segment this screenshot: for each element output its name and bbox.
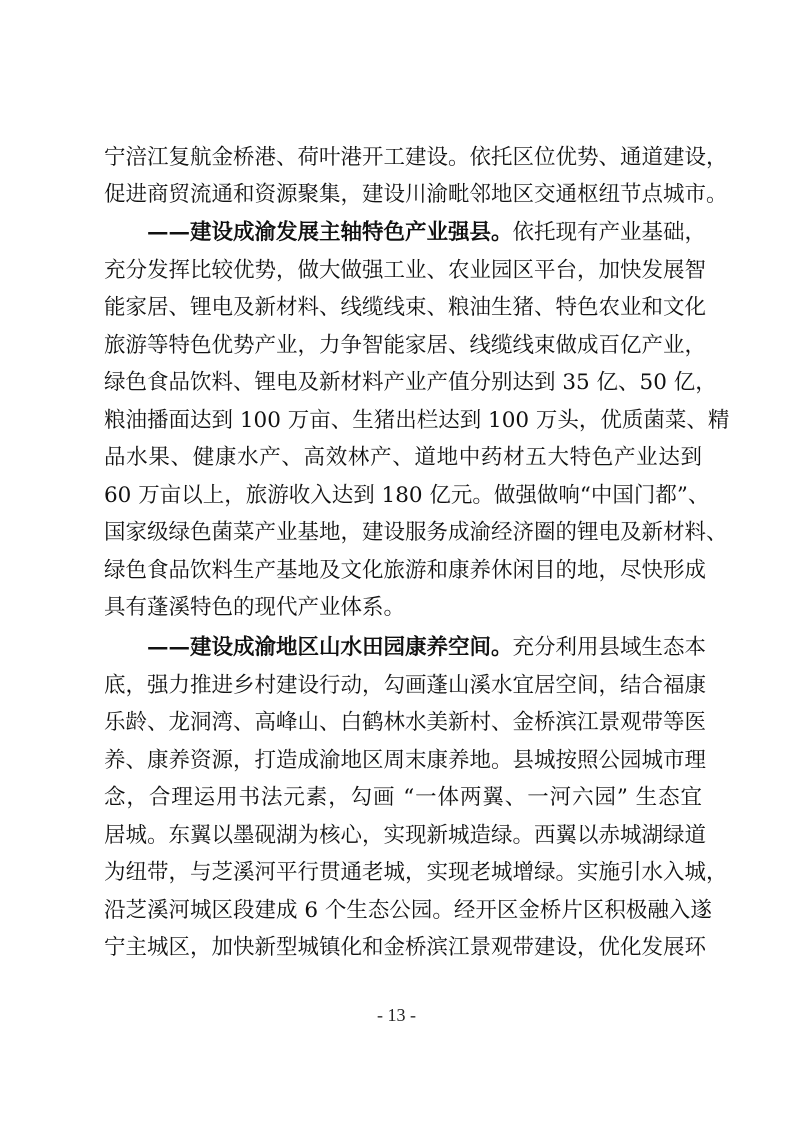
- section-heading-line: ——建设成渝发展主轴特色产业强县。依托现有产业基础，: [147, 218, 702, 248]
- line-text: 宁涪江复航金桥港、荷叶港开工建设。依托区位优势、通道建设，: [104, 145, 728, 170]
- line-text: 依托现有产业基础，: [513, 220, 707, 245]
- line-text: 绿色食品饮料、锂电及新材料产业产值分别达到 35 亿、50 亿，: [104, 370, 717, 395]
- line-text: 充分利用县域生态本: [513, 635, 707, 660]
- text-line: 为纽带，与芝溪河平行贯通老城，实现老城增绿。实施引水入城，: [104, 858, 702, 888]
- line-text: 养、康养资源，打造成渝地区周末康养地。县城按照公园城市理: [104, 748, 706, 773]
- text-line: 乐龄、龙洞湾、高峰山、白鹤林水美新村、金桥滨江景观带等医: [104, 708, 702, 738]
- text-line: 国家级绿色菌菜产业基地，建设服务成渝经济圈的锂电及新材料、: [104, 518, 702, 548]
- text-line: 能家居、锂电及新材料、线缆线束、粮油生猪、特色农业和文化: [104, 293, 702, 323]
- section-heading-line: ——建设成渝地区山水田园康养空间。充分利用县域生态本: [147, 633, 702, 663]
- text-line: 宁主城区，加快新型城镇化和金桥滨江景观带建设，优化发展环: [104, 933, 702, 963]
- line-text: 60 万亩以上，旅游收入达到 180 亿元。做强做响“中国门都”、: [104, 483, 709, 508]
- line-text: 国家级绿色菌菜产业基地，建设服务成渝经济圈的锂电及新材料、: [104, 520, 728, 545]
- line-text: 沿芝溪河城区段建成 6 个生态公园。经开区金桥片区积极融入遂: [104, 898, 712, 923]
- text-line: 养、康养资源，打造成渝地区周末康养地。县城按照公园城市理: [104, 746, 702, 776]
- document-page: 宁涪江复航金桥港、荷叶港开工建设。依托区位优势、通道建设， 促进商贸流通和资源聚…: [0, 0, 793, 1122]
- line-text: 居城。东翼以墨砚湖为核心，实现新城造绿。西翼以赤城湖绿道: [104, 823, 706, 848]
- line-text: 能家居、锂电及新材料、线缆线束、粮油生猪、特色农业和文化: [104, 295, 706, 320]
- text-line: 沿芝溪河城区段建成 6 个生态公园。经开区金桥片区积极融入遂: [104, 896, 702, 926]
- page-number: - 13 -: [0, 1005, 793, 1026]
- text-line: 绿色食品饮料、锂电及新材料产业产值分别达到 35 亿、50 亿，: [104, 368, 702, 398]
- text-line: 具有蓬溪特色的现代产业体系。: [104, 593, 702, 623]
- text-line: 绿色食品饮料生产基地及文化旅游和康养休闲目的地，尽快形成: [104, 556, 702, 586]
- line-text: 绿色食品饮料生产基地及文化旅游和康养休闲目的地，尽快形成: [104, 558, 706, 583]
- section-heading: ——建设成渝地区山水田园康养空间。: [147, 635, 513, 660]
- text-line: 底，强力推进乡村建设行动，勾画蓬山溪水宜居空间，结合福康: [104, 671, 702, 701]
- text-line: 60 万亩以上，旅游收入达到 180 亿元。做强做响“中国门都”、: [104, 481, 702, 511]
- line-text: 念，合理运用书法元素，勾画 “一体两翼、一河六园” 生态宜: [104, 785, 702, 810]
- section-heading: ——建设成渝发展主轴特色产业强县。: [147, 220, 513, 245]
- text-line: 促进商贸流通和资源聚集，建设川渝毗邻地区交通枢纽节点城市。: [104, 180, 702, 210]
- text-line: 品水果、健康水产、高效林产、道地中药材五大特色产业达到: [104, 443, 702, 473]
- text-line: 居城。东翼以墨砚湖为核心，实现新城造绿。西翼以赤城湖绿道: [104, 821, 702, 851]
- text-line: 宁涪江复航金桥港、荷叶港开工建设。依托区位优势、通道建设，: [104, 143, 702, 173]
- text-line: 念，合理运用书法元素，勾画 “一体两翼、一河六园” 生态宜: [104, 783, 702, 813]
- line-text: 具有蓬溪特色的现代产业体系。: [104, 595, 405, 620]
- line-text: 底，强力推进乡村建设行动，勾画蓬山溪水宜居空间，结合福康: [104, 673, 706, 698]
- line-text: 粮油播面达到 100 万亩、生猪出栏达到 100 万头，优质菌菜、精: [104, 408, 729, 433]
- text-line: 充分发挥比较优势，做大做强工业、农业园区平台，加快发展智: [104, 256, 702, 286]
- line-text: 品水果、健康水产、高效林产、道地中药材五大特色产业达到: [104, 445, 702, 470]
- line-text: 促进商贸流通和资源聚集，建设川渝毗邻地区交通枢纽节点城市。: [104, 182, 728, 207]
- line-text: 宁主城区，加快新型城镇化和金桥滨江景观带建设，优化发展环: [104, 935, 706, 960]
- line-text: 旅游等特色优势产业，力争智能家居、线缆线束做成百亿产业，: [104, 333, 706, 358]
- line-text: 充分发挥比较优势，做大做强工业、农业园区平台，加快发展智: [104, 258, 706, 283]
- text-line: 旅游等特色优势产业，力争智能家居、线缆线束做成百亿产业，: [104, 331, 702, 361]
- line-text: 乐龄、龙洞湾、高峰山、白鹤林水美新村、金桥滨江景观带等医: [104, 710, 706, 735]
- line-text: 为纽带，与芝溪河平行贯通老城，实现老城增绿。实施引水入城，: [104, 860, 728, 885]
- text-line: 粮油播面达到 100 万亩、生猪出栏达到 100 万头，优质菌菜、精: [104, 406, 702, 436]
